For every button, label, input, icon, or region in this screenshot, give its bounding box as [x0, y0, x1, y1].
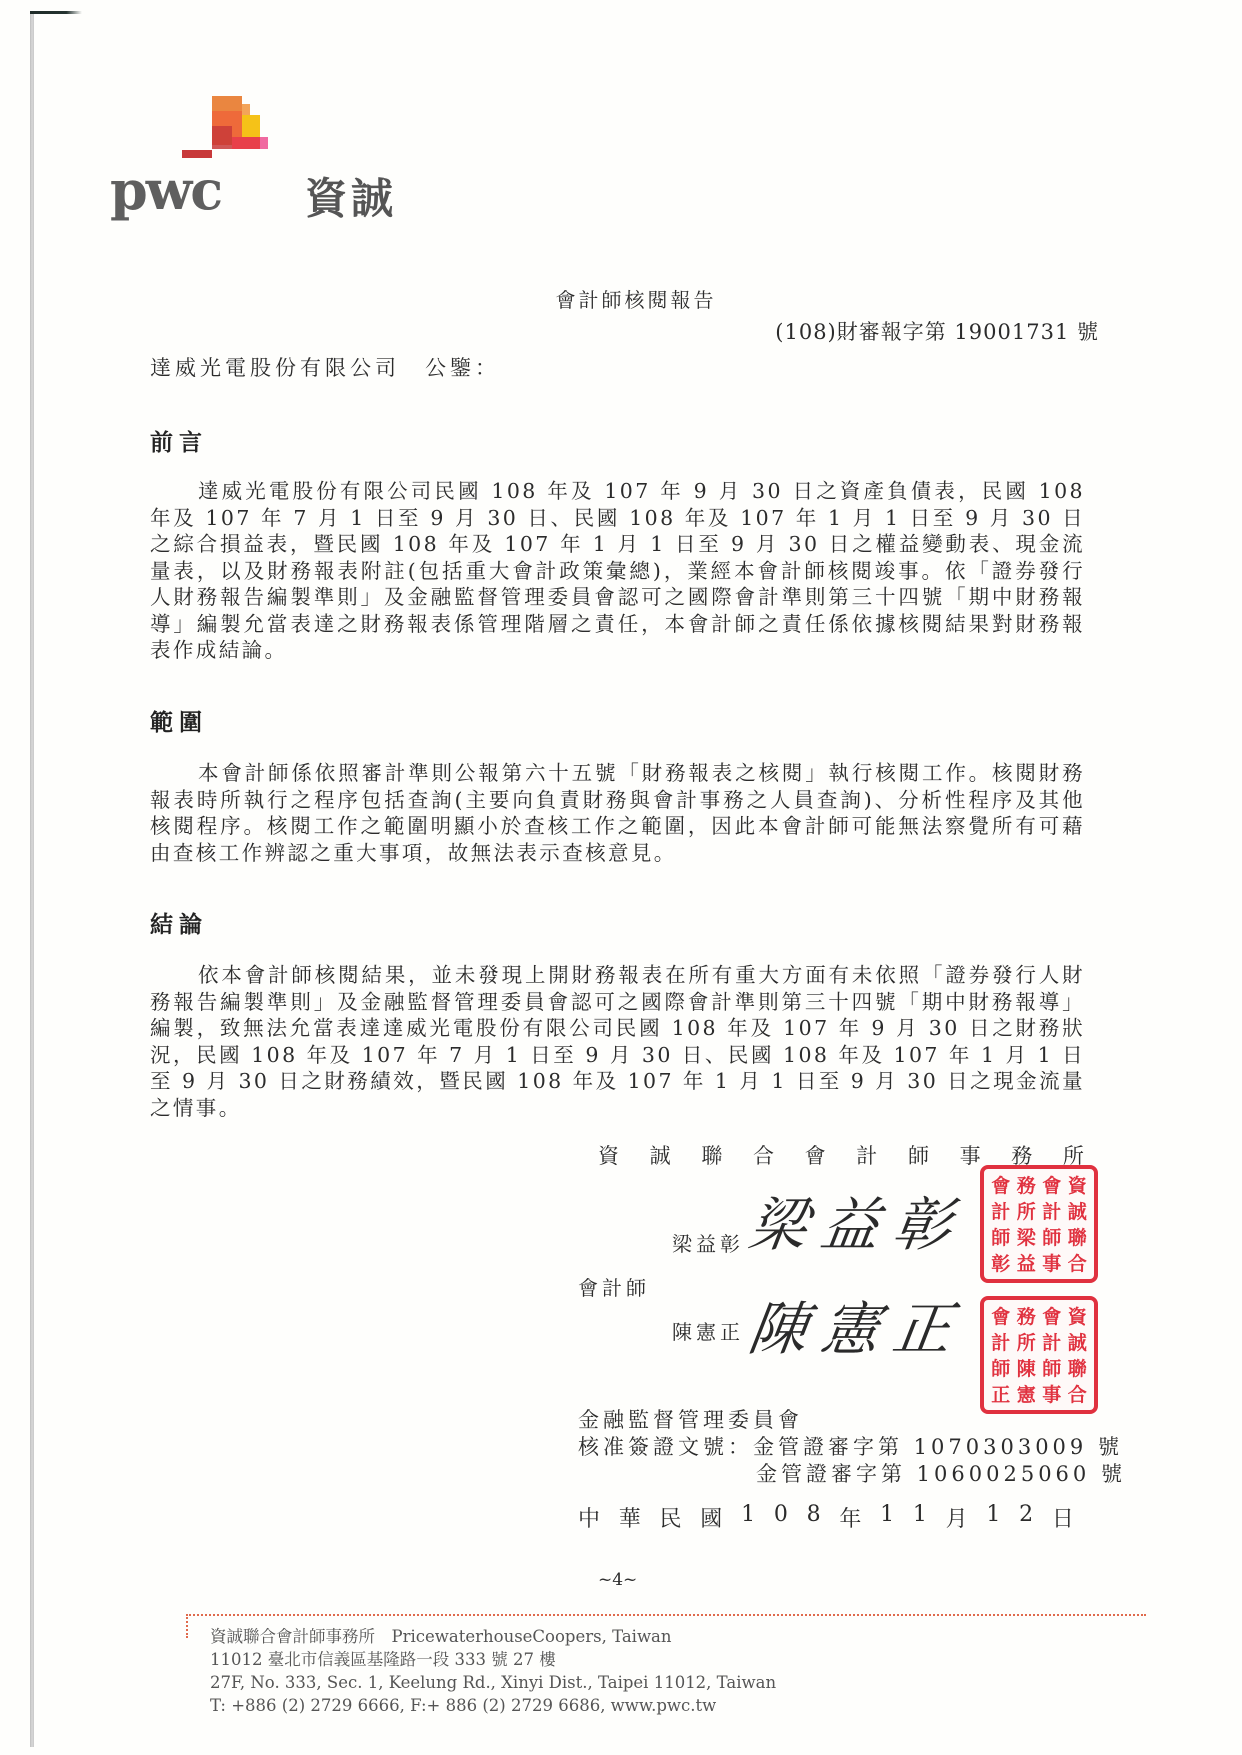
section-heading-introduction: 前言: [150, 424, 208, 457]
scan-edge-left: [30, 12, 34, 1747]
approval-label: 核准簽證文號：: [578, 1435, 753, 1459]
addressee: 達威光電股份有限公司 公鑒：: [150, 352, 500, 382]
section-body-scope: 本會計師係依照審計準則公報第六十五號「財務報表之核閱」執行核閱工作。核閱財務報表…: [150, 760, 1085, 866]
page-number: ~4~: [598, 1570, 637, 1590]
logo-color-blocks-icon: [102, 96, 302, 166]
approval-number-1: 金管證審字第 1070303009 號: [753, 1435, 1123, 1459]
logo-pwc-text: pwc: [110, 158, 221, 222]
accountant-name-2: 陳憲正: [672, 1316, 744, 1345]
logo-cn-text: 資誠: [305, 166, 397, 226]
scan-edge-top: [30, 11, 82, 14]
section-heading-scope: 範圍: [150, 704, 208, 737]
report-date: 中華民國 108 年11 月12 日: [578, 1502, 1074, 1533]
footer-contact: T: +886 (2) 2729 6666, F:+ 886 (2) 2729 …: [210, 1694, 776, 1717]
seal-stamp-2-icon: 資誠聯合 會計師事 務所陳憲 會計師正: [980, 1296, 1098, 1414]
report-number: (108)財審報字第 19001731 號: [775, 316, 1099, 346]
footer-address: 資誠聯合會計師事務所 PricewaterhouseCoopers, Taiwa…: [210, 1625, 776, 1717]
approval-authority: 金融監督管理委員會: [578, 1404, 803, 1434]
section-body-introduction: 達威光電股份有限公司民國 108 年及 107 年 9 月 30 日之資產負債表…: [150, 478, 1085, 664]
approval-number-2: 金管證審字第 1060025060 號: [756, 1458, 1126, 1488]
footer-address-cn: 11012 臺北市信義區基隆路一段 333 號 27 樓: [210, 1648, 776, 1671]
footer-address-en: 27F, No. 333, Sec. 1, Keelung Rd., Xinyi…: [210, 1671, 776, 1694]
approval-line-1: 核准簽證文號：金管證審字第 1070303009 號: [578, 1431, 1123, 1461]
accountant-name-1: 梁益彰: [672, 1228, 744, 1257]
seal-stamp-1-icon: 資誠聯合 會計師事 務所梁益 會計師彰: [980, 1165, 1098, 1283]
role-label: 會計師: [578, 1272, 650, 1301]
signature-2: 陳憲正: [744, 1282, 972, 1366]
signature-1: 梁益彰: [744, 1178, 972, 1262]
section-body-conclusion: 依本會計師核閱結果，並未發現上開財務報表在所有重大方面有未依照「證券發行人財務報…: [150, 962, 1085, 1121]
section-heading-conclusion: 結論: [150, 906, 208, 939]
footer-firm-line: 資誠聯合會計師事務所 PricewaterhouseCoopers, Taiwa…: [210, 1625, 776, 1648]
footer-divider-corner: [186, 1614, 188, 1638]
footer-divider: [186, 1614, 1146, 1616]
pwc-logo: pwc 資誠: [102, 96, 442, 226]
report-title: 會計師核閱報告: [0, 284, 1242, 313]
